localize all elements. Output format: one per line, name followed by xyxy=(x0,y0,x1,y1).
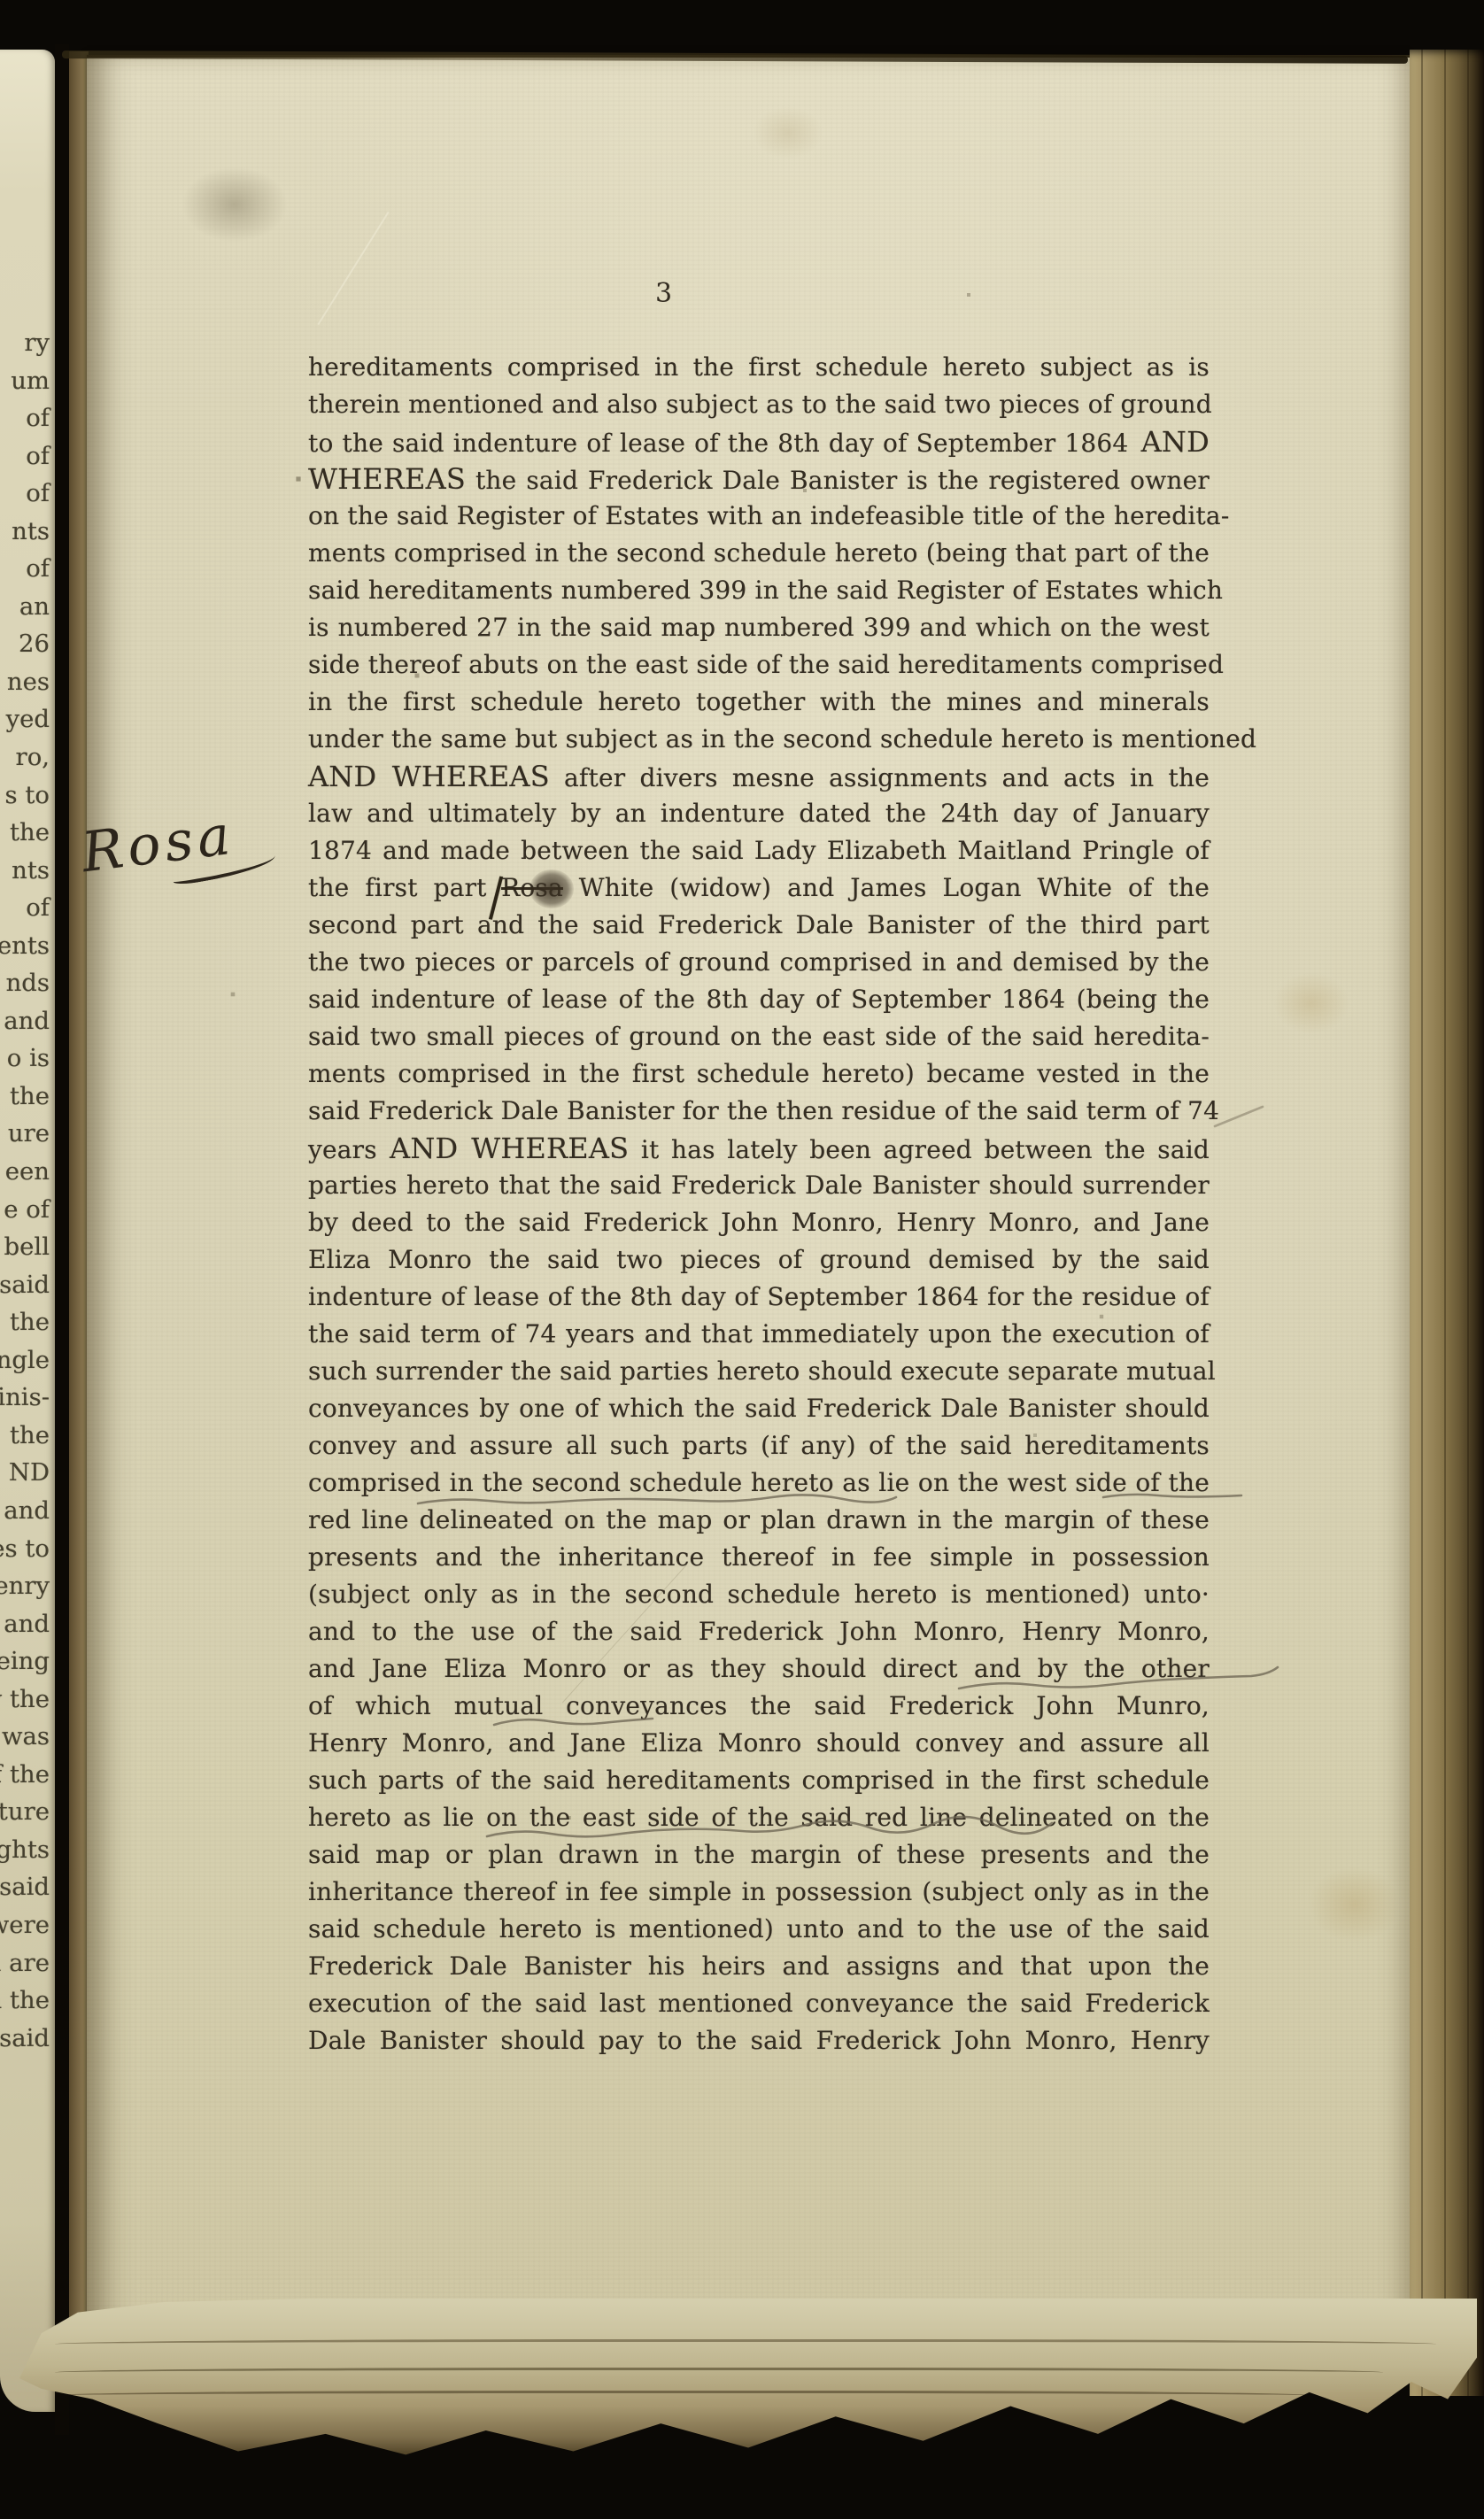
deed-text-block: hereditaments comprised in the first sch… xyxy=(308,349,1210,2059)
text-line: law and ultimately by an indenture dated… xyxy=(308,795,1210,832)
edge-text-fragment: enry xyxy=(0,1567,50,1605)
edge-text-fragment: nts xyxy=(0,852,50,890)
text-line: hereto as lie on the east side of the sa… xyxy=(308,1799,1210,1836)
text-line: in the first schedule hereto together wi… xyxy=(308,684,1210,721)
page-number: 3 xyxy=(655,278,672,309)
edge-text-fragment: ure xyxy=(0,1115,50,1153)
age-spot xyxy=(1309,1866,1401,1943)
edge-text-fragment: of xyxy=(0,475,50,513)
text-line: to the said indenture of lease of the 8t… xyxy=(308,423,1210,460)
text-line: execution of the said last mentioned con… xyxy=(308,1985,1210,2022)
edge-text-fragment: and xyxy=(0,1605,50,1643)
edge-text-fragment: nes xyxy=(0,663,50,701)
text-line: such parts of the said hereditaments com… xyxy=(308,1762,1210,1799)
edge-text-fragment: was xyxy=(0,1718,50,1756)
edge-text-fragment: es to xyxy=(0,1530,50,1568)
edge-text-fragment: the xyxy=(0,1303,50,1341)
edge-text-fragment: een xyxy=(0,1153,50,1191)
left-page-edge-fragments: ryumofofofntsofan26nesyedro,s tothentsof… xyxy=(0,324,50,2057)
text-line: indenture of lease of the 8th day of Sep… xyxy=(308,1279,1210,1316)
page-edge-ridge xyxy=(55,2391,1312,2400)
text-line: years AND WHEREAS it has lately been agr… xyxy=(308,1130,1210,1167)
text-line: therein mentioned and also subject as to… xyxy=(308,386,1210,423)
text-line: Henry Monro, and Jane Eliza Monro should… xyxy=(308,1725,1210,1762)
text-line: comprised in the second schedule hereto … xyxy=(308,1464,1210,1502)
edge-text-fragment: and xyxy=(0,1002,50,1040)
edge-text-fragment: nture xyxy=(0,1793,50,1831)
text-line: Dale Banister should pay to the said Fre… xyxy=(308,2022,1210,2059)
text-line: parties hereto that the said Frederick D… xyxy=(308,1167,1210,1204)
edge-text-fragment: ro, xyxy=(0,738,50,777)
text-line: side thereof abuts on the east side of t… xyxy=(308,646,1210,684)
edge-text-fragment: ry xyxy=(0,324,50,362)
edge-text-fragment: e of xyxy=(0,1191,50,1229)
text-line: hereditaments comprised in the first sch… xyxy=(308,349,1210,386)
text-line: on the said Register of Estates with an … xyxy=(308,498,1210,535)
edge-text-fragment: an xyxy=(0,588,50,626)
edge-text-fragment: um xyxy=(0,362,50,400)
edge-text-fragment: nds xyxy=(0,964,50,1002)
right-page-edges xyxy=(1410,50,1484,2396)
edge-text-fragment: of xyxy=(0,399,50,437)
edge-text-fragment: o is xyxy=(0,1039,50,1078)
text-line: presents and the inheritance thereof in … xyxy=(308,1539,1210,1576)
text-line: said hereditaments numbered 399 in the s… xyxy=(308,572,1210,609)
text-segment: WHEREAS xyxy=(308,462,466,496)
ink-specks xyxy=(0,0,2,2)
text-line: Eliza Monro the said two pieces of groun… xyxy=(308,1241,1210,1279)
edge-text-fragment: f the xyxy=(0,1756,50,1794)
text-line: said Frederick Dale Banister for the the… xyxy=(308,1093,1210,1130)
text-line: the first part/Rosa White (widow) and Ja… xyxy=(308,869,1210,907)
text-line: such surrender the said parties hereto s… xyxy=(308,1353,1210,1390)
text-segment: White (widow) and James Logan White of t… xyxy=(563,873,1210,902)
age-spot xyxy=(753,106,823,159)
edge-text-fragment: 26 xyxy=(0,625,50,663)
edge-text-fragment: bell xyxy=(0,1228,50,1266)
text-segment: it has lately been agreed between the sa… xyxy=(629,1135,1210,1164)
edge-text-fragment: said xyxy=(0,1266,50,1304)
text-line: 1874 and made between the said Lady Eliz… xyxy=(308,832,1210,869)
paper-smudge xyxy=(182,166,288,243)
edge-text-fragment: yed xyxy=(0,700,50,738)
binding-gutter-shadow xyxy=(55,44,69,2435)
edge-text-fragment: e said xyxy=(0,2020,50,2058)
text-line: said schedule hereto is mentioned) unto … xyxy=(308,1911,1210,1948)
bottom-page-edges xyxy=(19,2299,1477,2472)
text-line: (subject only as in the second schedule … xyxy=(308,1576,1210,1613)
text-segment: AND xyxy=(1141,425,1210,459)
text-segment: the first part xyxy=(308,873,487,902)
text-line: said map or plan drawn in the margin of … xyxy=(308,1836,1210,1874)
text-line: inheritance thereof in fee simple in pos… xyxy=(308,1874,1210,1911)
text-segment: to the said indenture of lease of the 8t… xyxy=(308,429,1141,458)
text-line: WHEREAS the said Frederick Dale Banister… xyxy=(308,460,1210,498)
text-line: AND WHEREAS after divers mesne assignmen… xyxy=(308,758,1210,795)
text-line: convey and assure all such parts (if any… xyxy=(308,1427,1210,1464)
edge-text-fragment: s to xyxy=(0,777,50,815)
edge-text-fragment: the xyxy=(0,1417,50,1455)
text-line: by deed to the said Frederick John Monro… xyxy=(308,1204,1210,1241)
edge-text-fragment: the xyxy=(0,814,50,852)
edge-text-fragment: nts xyxy=(0,513,50,551)
edge-text-fragment: inis- xyxy=(0,1379,50,1417)
text-line: is numbered 27 in the said map numbered … xyxy=(308,609,1210,646)
edge-text-fragment: said xyxy=(0,1868,50,1906)
text-line: the said term of 74 years and that immed… xyxy=(308,1316,1210,1353)
edge-text-fragment: the xyxy=(0,1078,50,1116)
book-scan: ryumofofofntsofan26nesyedro,s tothentsof… xyxy=(0,0,1484,2519)
text-line: said indenture of lease of the 8th day o… xyxy=(308,981,1210,1018)
edge-text-fragment: n the xyxy=(0,1982,50,2020)
text-line: said two small pieces of ground on the e… xyxy=(308,1018,1210,1055)
text-segment: AND WHEREAS xyxy=(308,760,550,793)
edge-text-fragment: l are xyxy=(0,1944,50,1982)
edge-text-fragment: ND xyxy=(0,1454,50,1492)
text-line: of which mutual conveyances the said Fre… xyxy=(308,1688,1210,1725)
age-spot xyxy=(1273,972,1349,1034)
text-segment: AND WHEREAS xyxy=(390,1132,629,1165)
text-line: ments comprised in the first schedule he… xyxy=(308,1055,1210,1093)
edge-text-fragment: of xyxy=(0,550,50,588)
edge-text-fragment: of xyxy=(0,889,50,927)
edge-text-fragment: eing xyxy=(0,1642,50,1681)
text-line: second part and the said Frederick Dale … xyxy=(308,907,1210,944)
text-segment: after divers mesne assignments and acts … xyxy=(550,763,1210,792)
text-segment: the said Frederick Dale Banister is the … xyxy=(466,466,1210,495)
edge-text-fragment: and xyxy=(0,1492,50,1530)
edge-text-fragment: of xyxy=(0,437,50,475)
edge-text-fragment: y the xyxy=(0,1681,50,1719)
text-line: the two pieces or parcels of ground comp… xyxy=(308,944,1210,981)
page-edge-ridge xyxy=(55,2339,1436,2349)
page-edge-ridge xyxy=(55,2368,1383,2377)
edge-text-fragment: ights xyxy=(0,1831,50,1869)
binding-gutter-edge xyxy=(69,51,89,2389)
text-line: ments comprised in the second schedule h… xyxy=(308,535,1210,572)
text-line: Frederick Dale Banister his heirs and as… xyxy=(308,1948,1210,1985)
text-segment: years xyxy=(308,1135,390,1164)
struck-out-name: Rosa xyxy=(501,873,563,902)
edge-text-fragment: ents xyxy=(0,927,50,965)
text-line: red line delineated on the map or plan d… xyxy=(308,1502,1210,1539)
text-line: conveyances by one of which the said Fre… xyxy=(308,1390,1210,1427)
text-line: and Jane Eliza Monro or as they should d… xyxy=(308,1650,1210,1688)
text-line: and to the use of the said Frederick Joh… xyxy=(308,1613,1210,1650)
text-line: under the same but subject as in the sec… xyxy=(308,721,1210,758)
edge-text-fragment: ngle xyxy=(0,1341,50,1379)
edge-text-fragment: were xyxy=(0,1906,50,1944)
